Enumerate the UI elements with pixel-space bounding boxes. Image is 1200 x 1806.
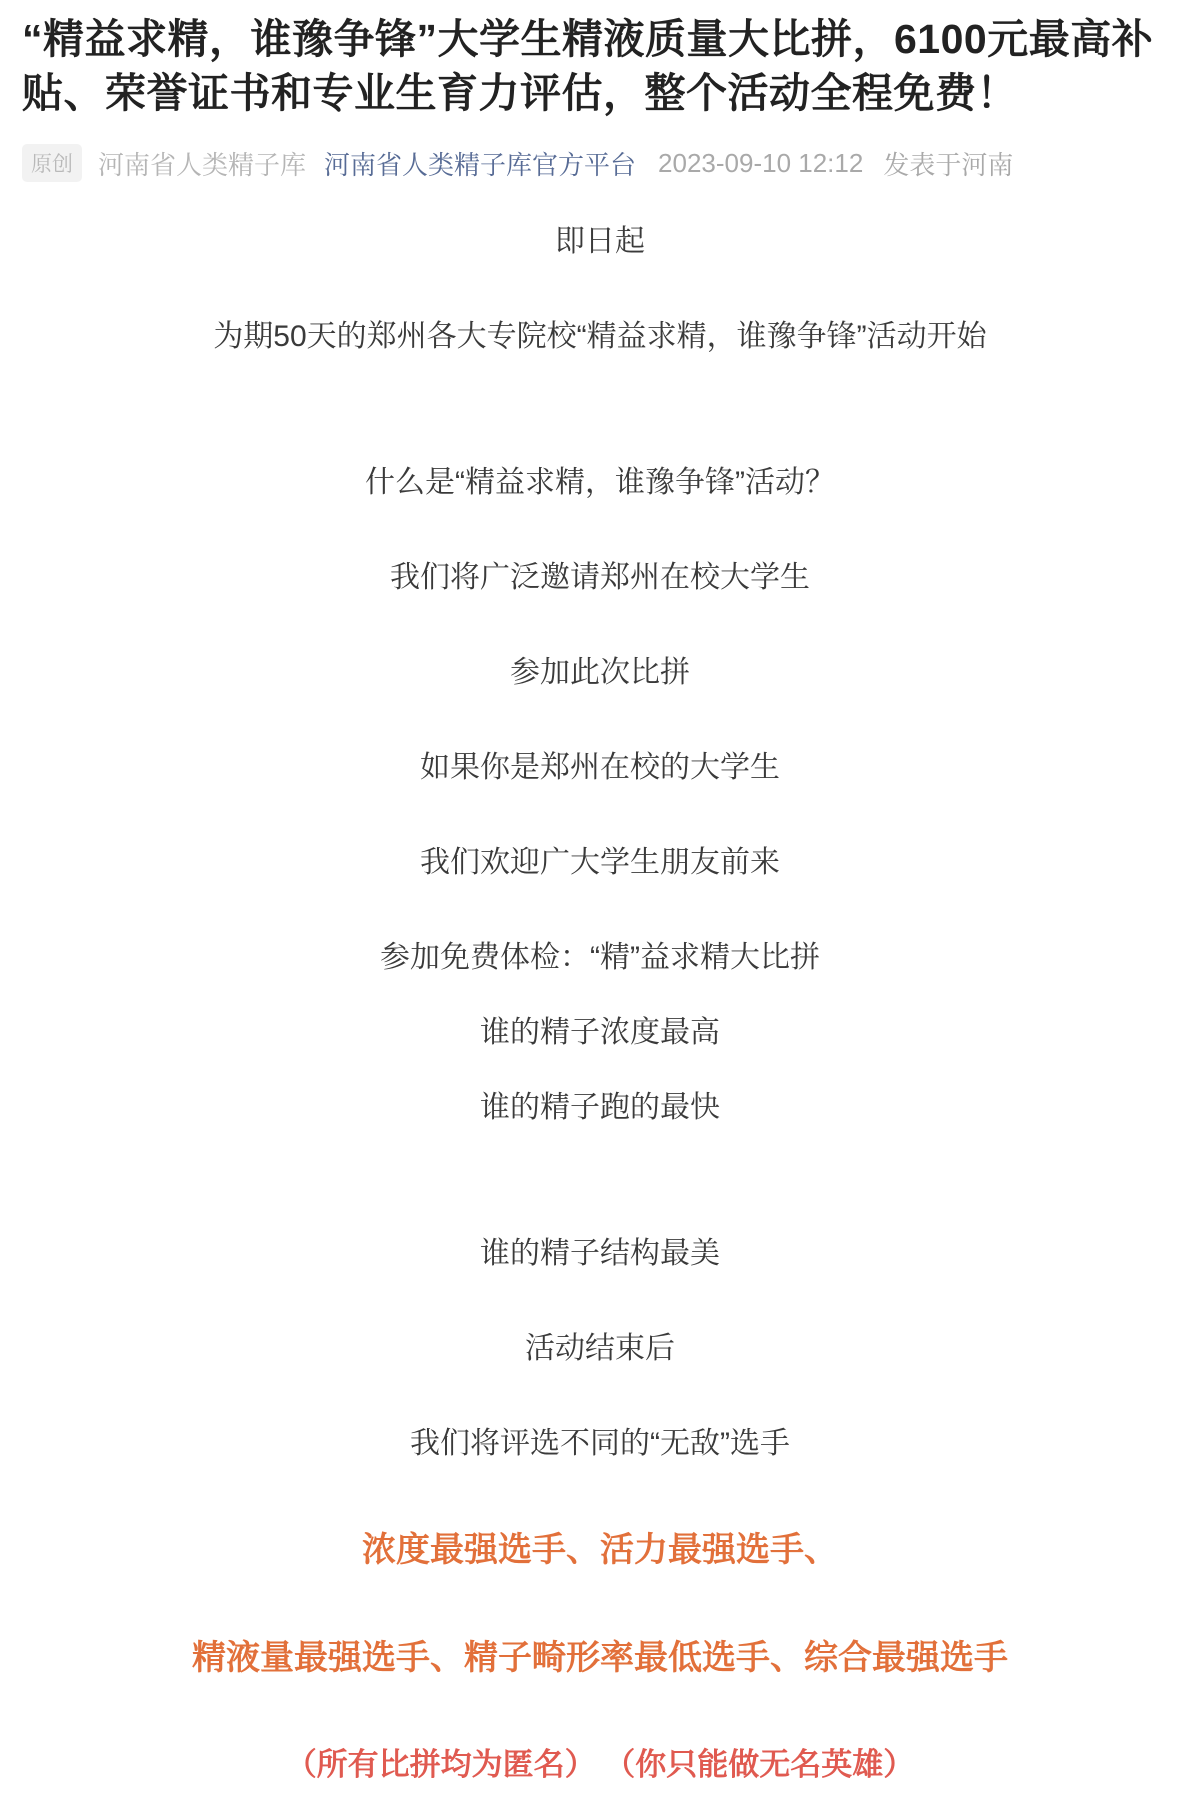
paragraph: 参加免费体检：“精”益求精大比拼 — [0, 940, 1200, 976]
paragraph: 精液量最强选手、精子畸形率最低选手、综合最强选手 — [0, 1638, 1200, 1678]
paragraph: 我们欢迎广大学生朋友前来 — [0, 845, 1200, 881]
publish-datetime: 2023-09-10 12:12 — [658, 148, 863, 179]
paragraph: 什么是“精益求精，谁豫争锋”活动？ — [0, 465, 1200, 501]
paragraph: 参加此次比拼 — [0, 655, 1200, 691]
paragraph: 如果你是郑州在校的大学生 — [0, 750, 1200, 786]
article-body: 即日起为期50天的郑州各大专院校“精益求精，谁豫争锋”活动开始什么是“精益求精，… — [0, 224, 1200, 1784]
publish-location: 发表于河南 — [883, 145, 1013, 182]
wechat-article-page: “精益求精，谁豫争锋”大学生精液质量大比拼，6100元最高补贴、荣誉证书和专业生… — [0, 0, 1200, 1806]
original-badge: 原创 — [22, 144, 82, 182]
paragraph: 浓度最强选手、活力最强选手、 — [0, 1530, 1200, 1570]
author-name: 河南省人类精子库 — [98, 145, 306, 182]
paragraph: 谁的精子结构最美 — [0, 1236, 1200, 1272]
paragraph: 我们将评选不同的“无敌”选手 — [0, 1426, 1200, 1462]
paragraph: 为期50天的郑州各大专院校“精益求精，谁豫争锋”活动开始 — [0, 319, 1200, 355]
paragraph: （所有比拼均为匿名） （你只能做无名英雄） — [0, 1746, 1200, 1784]
paragraph: 谁的精子跑的最快 — [0, 1090, 1200, 1126]
paragraph: 活动结束后 — [0, 1331, 1200, 1367]
account-link[interactable]: 河南省人类精子库官方平台 — [324, 145, 636, 182]
article-byline: 原创 河南省人类精子库 河南省人类精子库官方平台 2023-09-10 12:1… — [22, 144, 1200, 182]
paragraph: 我们将广泛邀请郑州在校大学生 — [0, 560, 1200, 596]
paragraph: 即日起 — [0, 224, 1200, 260]
article-title: “精益求精，谁豫争锋”大学生精液质量大比拼，6100元最高补贴、荣誉证书和专业生… — [0, 0, 1200, 120]
paragraph: 谁的精子浓度最高 — [0, 1015, 1200, 1051]
